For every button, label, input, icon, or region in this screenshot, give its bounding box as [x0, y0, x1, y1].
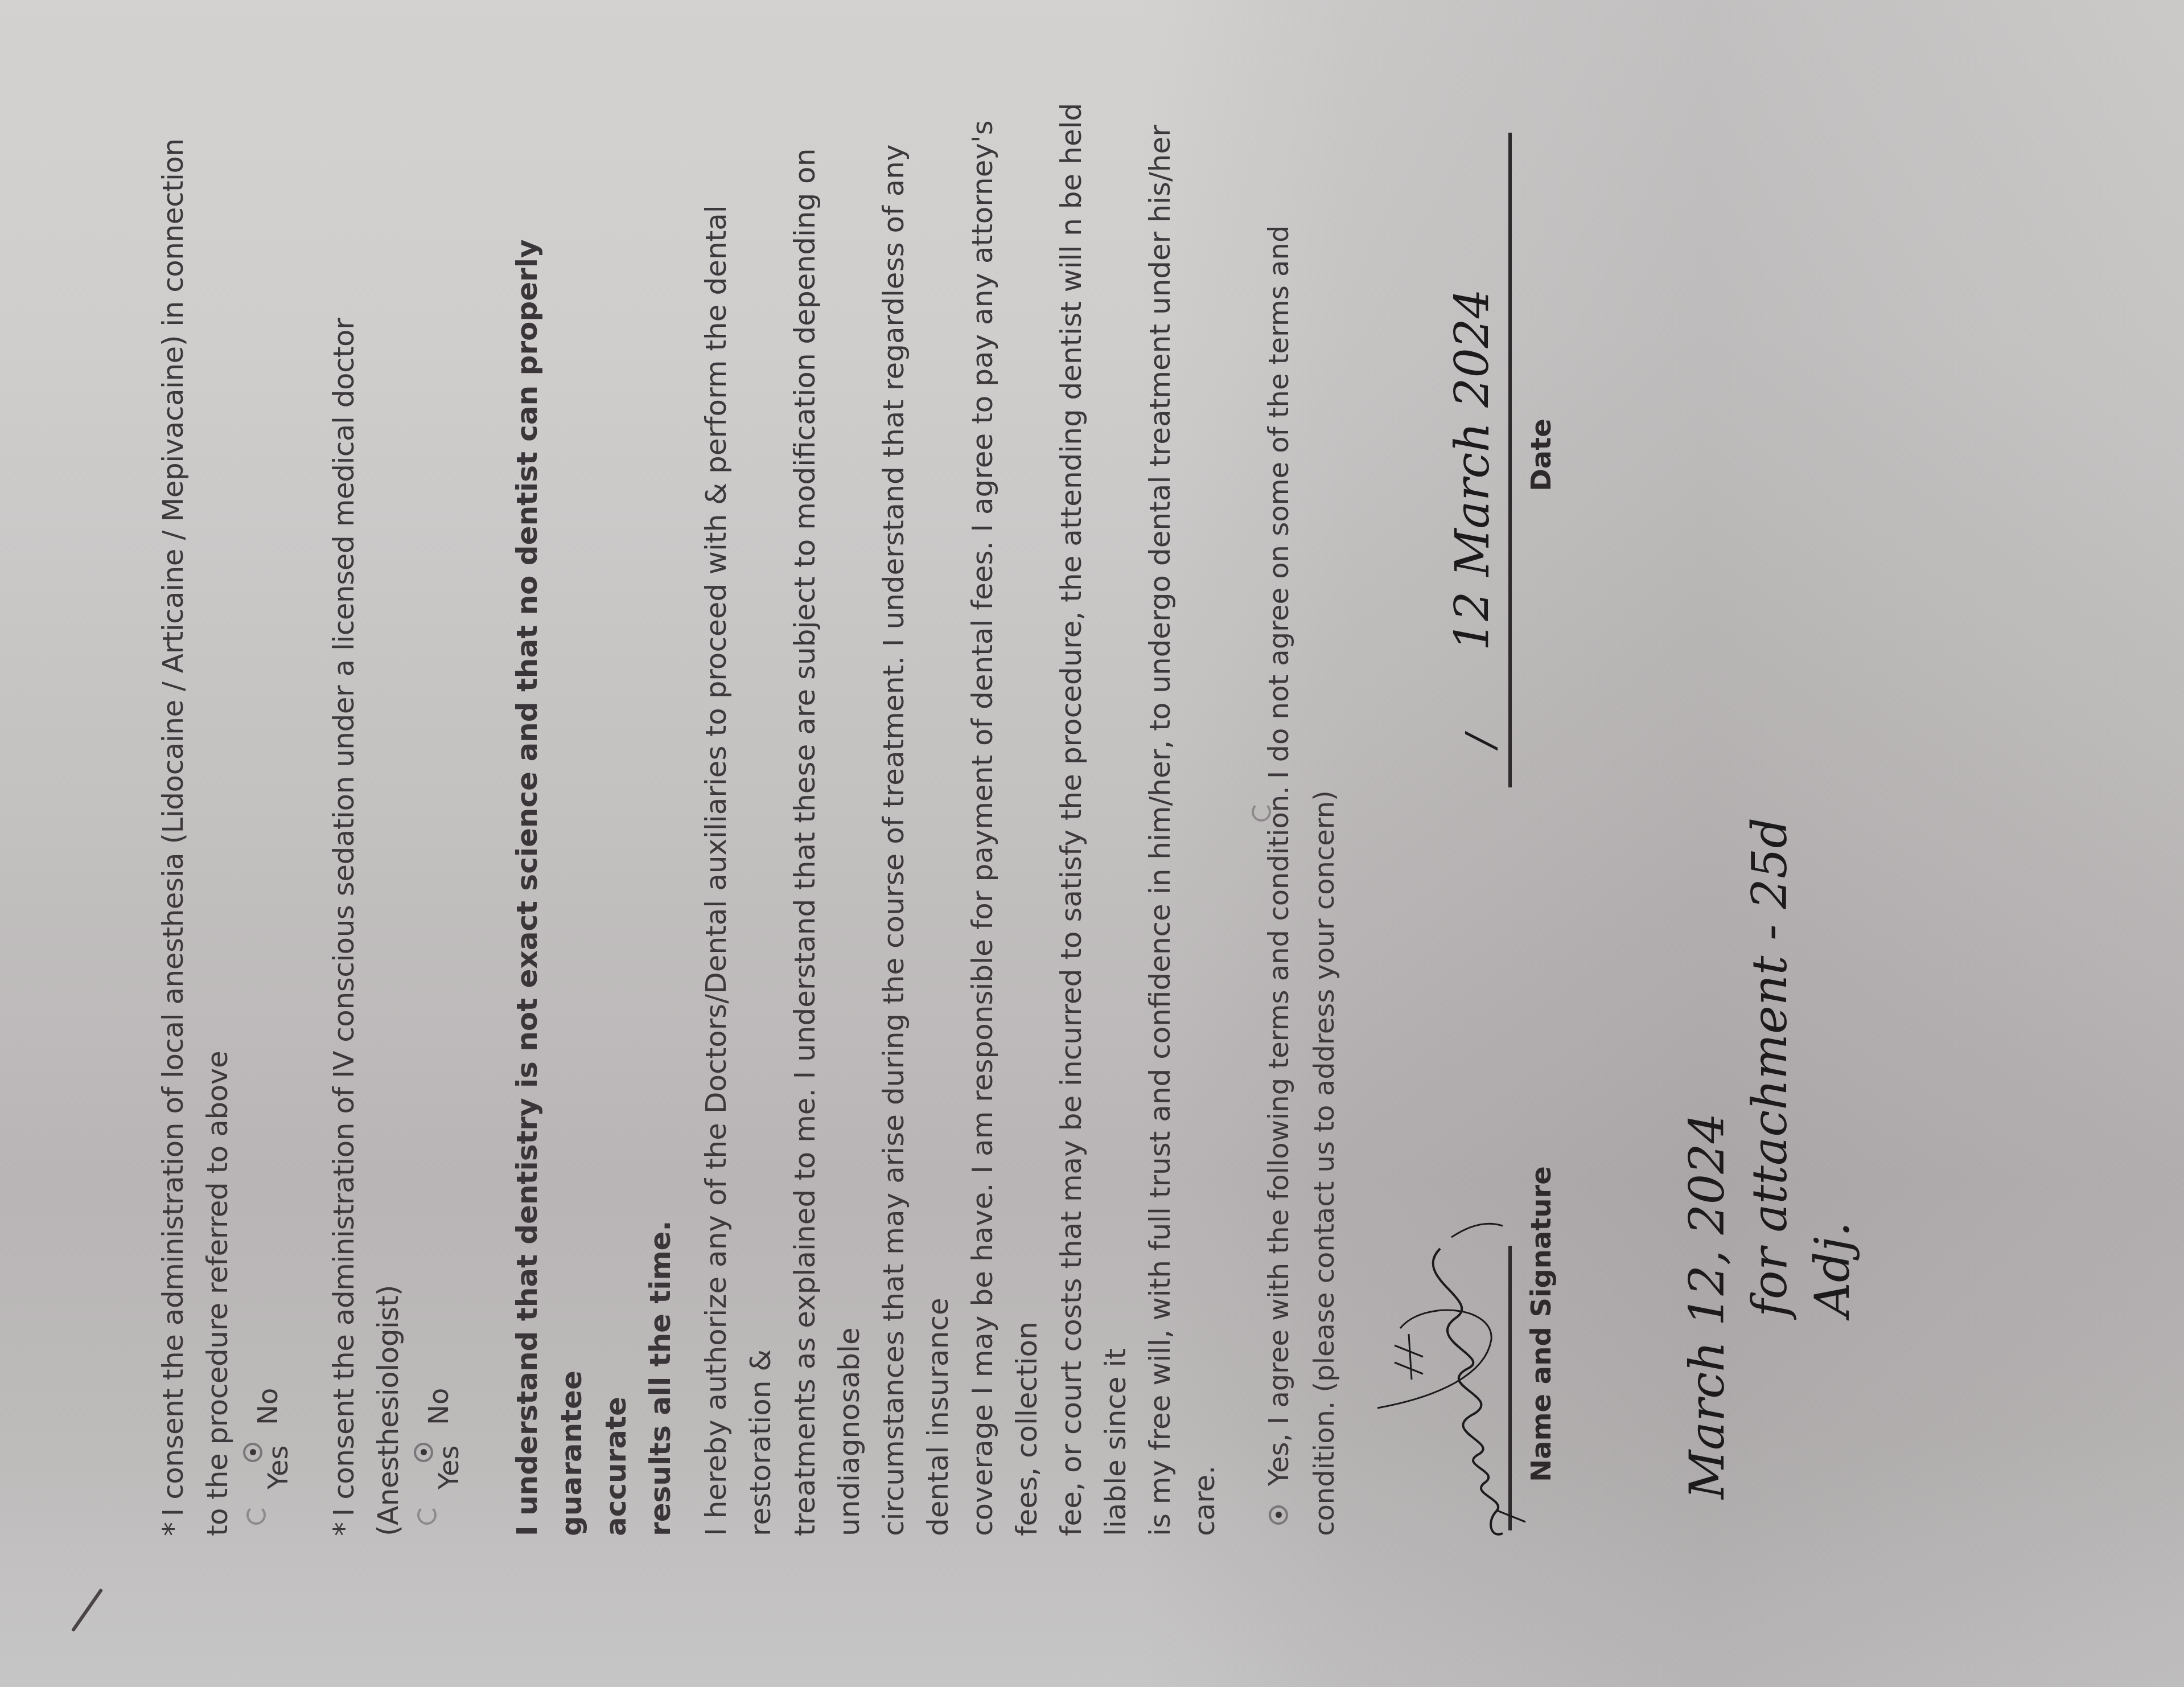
- handwritten-signature[interactable]: [1355, 1214, 1537, 1545]
- consent-form-page: *I consent the administration of local a…: [0, 0, 2184, 1687]
- handwritten-tick: /: [1457, 734, 1504, 748]
- handwritten-note-attachment: for attachment - 25d: [1742, 818, 1798, 1317]
- handwritten-note-date: March 12, 2024: [1679, 1113, 1735, 1499]
- photo-background: *I consent the administration of local a…: [0, 0, 2184, 1687]
- handwritten-date: 12 March 2024: [1446, 289, 1500, 651]
- date-label: Date: [1525, 418, 1557, 491]
- signature-block: Name and Signature Date 12 March 2024 / …: [0, 0, 2184, 1687]
- date-line: [1508, 133, 1512, 787]
- handwritten-note-adj: Adj.: [1804, 1222, 1860, 1317]
